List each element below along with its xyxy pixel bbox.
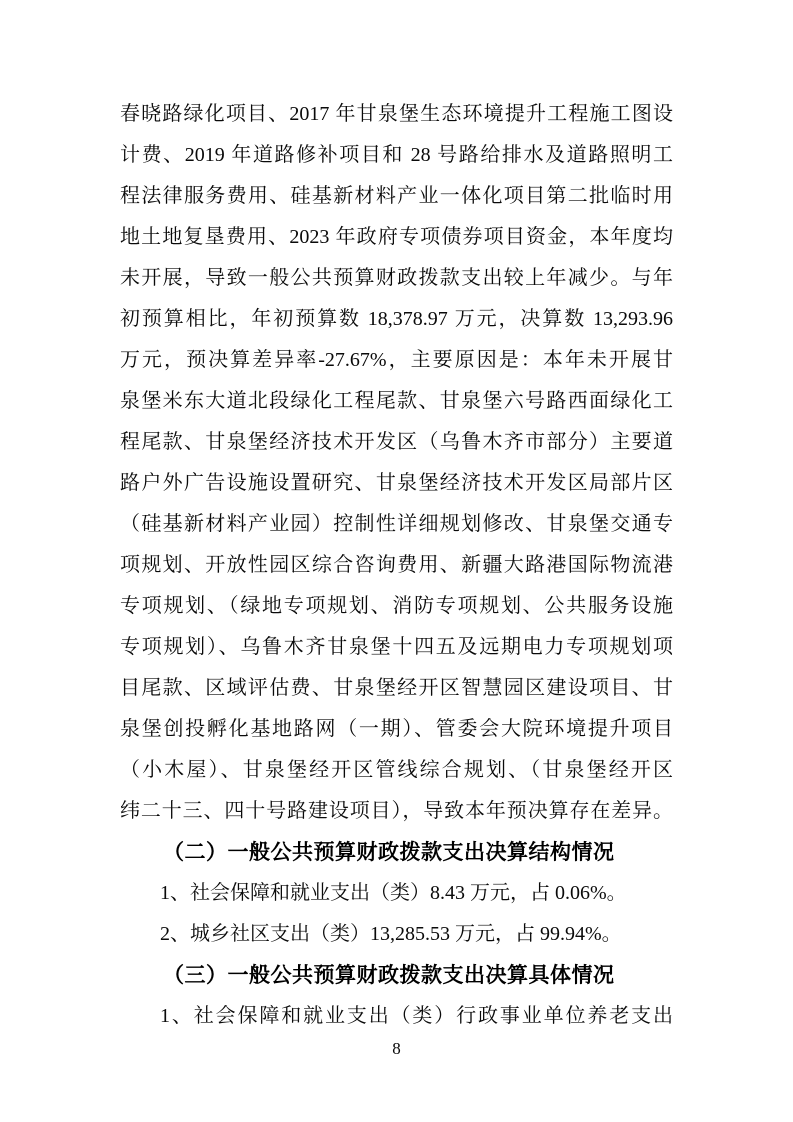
section-heading-2: （二）一般公共预算财政拨款支出决算结构情况: [120, 832, 673, 873]
page-body: 春晓路绿化项目、2017 年甘泉堡生态环境提升工程施工图设 计费、2019 年道…: [120, 94, 673, 1037]
list-item: 1、社会保障和就业支出（类）行政事业单位养老支出: [120, 996, 673, 1037]
list-item: 1、社会保障和就业支出（类）8.43 万元，占 0.06%。: [120, 873, 673, 914]
text-line: 万元，预决算差异率-27.67%，主要原因是：本年未开展甘: [120, 340, 673, 381]
text-line: 计费、2019 年道路修补项目和 28 号路给排水及道路照明工: [120, 135, 673, 176]
text-line: 纬二十三、四十号路建设项目），导致本年预决算存在差异。: [120, 791, 673, 832]
text-line: 初预算相比，年初预算数 18,378.97 万元，决算数 13,293.96: [120, 299, 673, 340]
text-line: （小木屋）、甘泉堡经开区管线综合规划、（甘泉堡经开区: [120, 750, 673, 791]
text-line: 春晓路绿化项目、2017 年甘泉堡生态环境提升工程施工图设: [120, 94, 673, 135]
text-line: 专项规划、（绿地专项规划、消防专项规划、公共服务设施: [120, 586, 673, 627]
text-line: 程尾款、甘泉堡经济技术开发区（乌鲁木齐市部分）主要道: [120, 422, 673, 463]
text-line: 地土地复垦费用、2023 年政府专项债券项目资金，本年度均: [120, 217, 673, 258]
text-line: 未开展，导致一般公共预算财政拨款支出较上年减少。与年: [120, 258, 673, 299]
page-number: 8: [0, 1038, 793, 1060]
list-item: 2、城乡社区支出（类）13,285.53 万元，占 99.94%。: [120, 914, 673, 955]
text-line: （硅基新材料产业园）控制性详细规划修改、甘泉堡交通专: [120, 504, 673, 545]
text-line: 程法律服务费用、硅基新材料产业一体化项目第二批临时用: [120, 176, 673, 217]
text-line: 泉堡米东大道北段绿化工程尾款、甘泉堡六号路西面绿化工: [120, 381, 673, 422]
text-line: 项规划、开放性园区综合咨询费用、新疆大路港国际物流港: [120, 545, 673, 586]
document-page: 春晓路绿化项目、2017 年甘泉堡生态环境提升工程施工图设 计费、2019 年道…: [0, 0, 793, 1122]
text-line: 专项规划）、乌鲁木齐甘泉堡十四五及远期电力专项规划项: [120, 627, 673, 668]
section-heading-3: （三）一般公共预算财政拨款支出决算具体情况: [120, 955, 673, 996]
text-line: 目尾款、区域评估费、甘泉堡经开区智慧园区建设项目、甘: [120, 668, 673, 709]
text-line: 泉堡创投孵化基地路网（一期）、管委会大院环境提升项目: [120, 709, 673, 750]
text-line: 路户外广告设施设置研究、甘泉堡经济技术开发区局部片区: [120, 463, 673, 504]
